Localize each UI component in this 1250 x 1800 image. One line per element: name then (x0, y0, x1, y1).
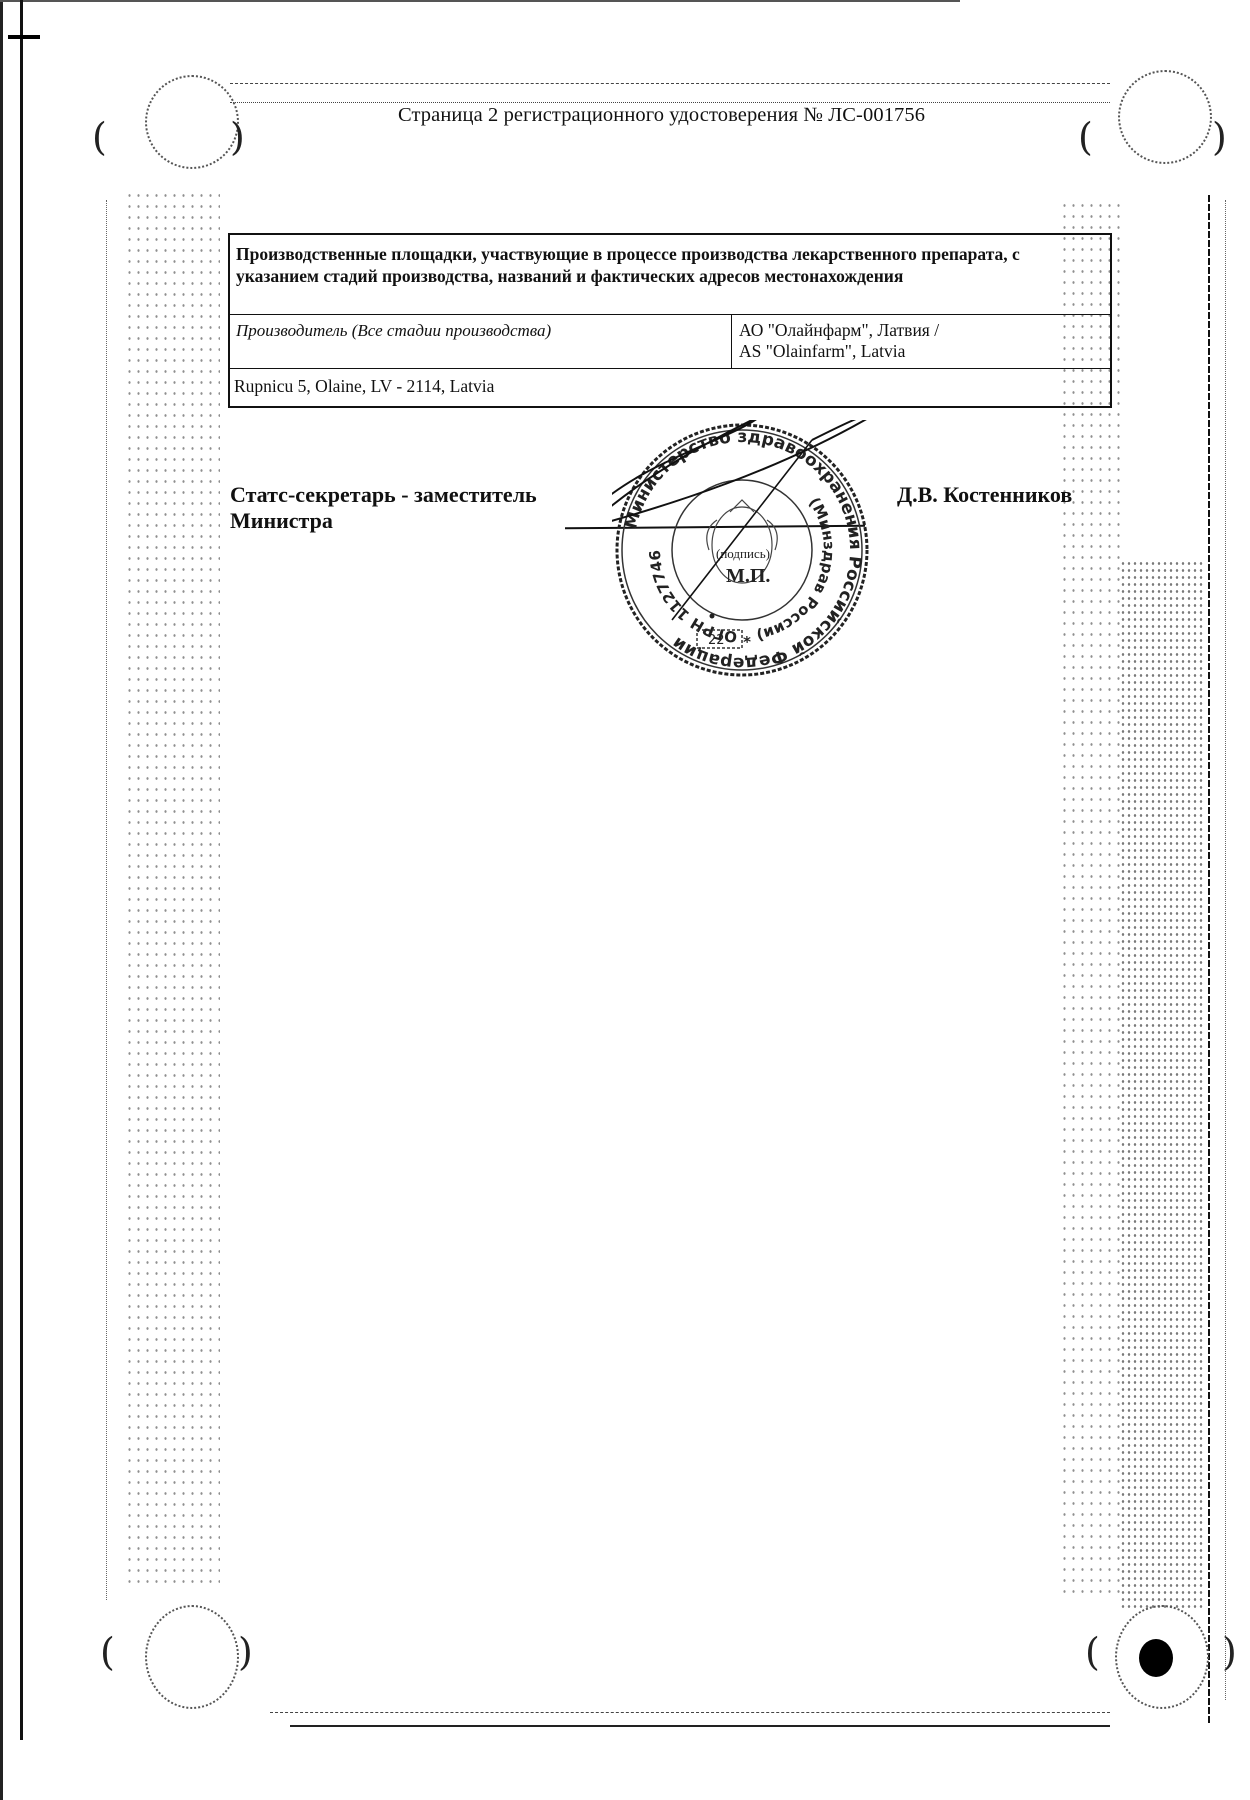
signatory-title: Статс-секретарь - заместитель Министра (230, 482, 537, 534)
top-dotted-border-2 (230, 102, 1110, 103)
svg-text:22: 22 (708, 633, 725, 648)
production-sites-table: Производственные площадки, участвующие в… (228, 233, 1112, 408)
bracket-right-icon: ) (230, 115, 245, 159)
right-dotted-border (1225, 200, 1226, 1700)
signatory-title-line2: Министра (230, 508, 537, 534)
bracket-left-icon: ( (1085, 1630, 1100, 1674)
bracket-left-icon: ( (100, 1630, 115, 1674)
left-guilloche-pattern (125, 190, 220, 1590)
top-dotted-border (230, 83, 1110, 84)
company-name-ru: АО "Олайнфарм", Латвия / (739, 320, 1104, 341)
right-border-rule (1208, 195, 1210, 1725)
page-heading: Страница 2 регистрационного удостоверени… (398, 104, 925, 127)
bottom-border-rule (290, 1725, 1110, 1727)
signatory-title-line1: Статс-секретарь - заместитель (230, 482, 537, 508)
signatory-name: Д.В. Костенников (897, 482, 1072, 508)
manufacturer-role-cell: Производитель (Все стадии производства) (230, 315, 732, 368)
scan-edge-left (0, 0, 3, 1800)
svg-text:М.П.: М.П. (726, 565, 770, 587)
bracket-left-icon: ( (1078, 115, 1093, 159)
punch-hole-dot (1139, 1639, 1173, 1677)
left-dotted-border (106, 200, 107, 1600)
table-header-text: Производственные площадки, участвующие в… (236, 244, 1020, 286)
corner-ornament-bottom-left (145, 1605, 239, 1709)
official-stamp-icon: Министерство здравоохранения Российской … (612, 420, 872, 680)
scan-edge-top (0, 0, 960, 2)
table-header-row: Производственные площадки, участвующие в… (230, 235, 1110, 315)
corner-ornament-top-right (1118, 70, 1212, 164)
table-row: Производитель (Все стадии производства) … (230, 315, 1110, 369)
margin-line (20, 0, 23, 1740)
table-row: Rupnicu 5, Olaine, LV - 2114, Latvia (230, 369, 1110, 408)
corner-mark (8, 35, 40, 39)
bracket-right-icon: ) (1212, 115, 1227, 159)
manufacturer-name-cell: АО "Олайнфарм", Латвия / AS "Olainfarm",… (733, 315, 1110, 368)
bracket-right-icon: ) (238, 1630, 253, 1674)
bottom-dotted-border (270, 1712, 1110, 1713)
corner-ornament-top-left (145, 75, 239, 169)
bracket-right-icon: ) (1222, 1630, 1237, 1674)
company-name-en: AS "Olainfarm", Latvia (739, 341, 1104, 362)
right-guilloche-pattern (1120, 560, 1205, 1610)
right-guilloche-pattern-outer (1060, 200, 1120, 1600)
site-address: Rupnicu 5, Olaine, LV - 2114, Latvia (234, 376, 494, 396)
bracket-left-icon: ( (92, 115, 107, 159)
